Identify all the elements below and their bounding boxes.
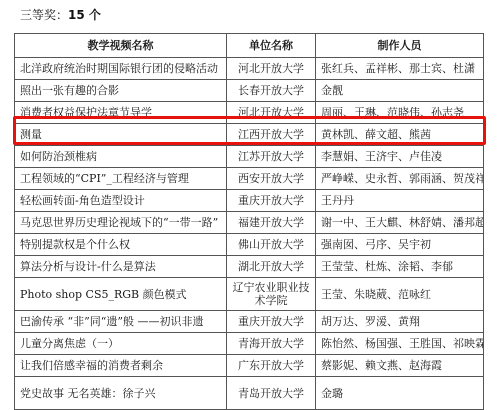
video-title: 测量 — [15, 124, 227, 146]
authors: 李慧娟、王济宇、卢佳凌 — [316, 146, 484, 168]
authors: 蔡影妮、赖文燕、赵海霞 — [316, 355, 484, 377]
unit-name: 重庆开放大学 — [227, 311, 316, 333]
table-header-row: 教学视频名称 单位名称 制作人员 — [15, 34, 484, 58]
unit-name: 福建开放大学 — [227, 212, 316, 234]
authors: 金靓 — [316, 80, 484, 102]
header-authors: 制作人员 — [316, 34, 484, 58]
table-row: 党史故事 无名英雄：徐子兴 青岛开放大学 金璐 — [15, 377, 484, 410]
video-title: 轻松画转面-角色造型设计 — [15, 190, 227, 212]
unit-name: 广东开放大学 — [227, 355, 316, 377]
video-title: 如何防治颈椎病 — [15, 146, 227, 168]
unit-name: 河北开放大学 — [227, 102, 316, 124]
video-title: Photo shop CS5_RGB 颜色模式 — [15, 278, 227, 311]
authors: 严峥嵘、史永哲、郭雨涵、贺茂祥 — [316, 168, 484, 190]
video-title: 让我们倍感幸福的消费者剩余 — [15, 355, 227, 377]
table-row-highlighted: 测量 江西开放大学 黄林凯、薛文超、熊茜 — [15, 124, 484, 146]
table-row: 算法分析与设计-什么是算法 湖北开放大学 王莹莹、杜炼、涂韬、李郁 — [15, 256, 484, 278]
video-title: 工程领域的“CPI”_工程经济与管理 — [15, 168, 227, 190]
award-count: 15 个 — [68, 8, 101, 22]
award-heading: 三等奖：15 个 — [20, 6, 101, 23]
unit-name: 辽宁农业职业技术学院 — [227, 278, 316, 311]
header-unit: 单位名称 — [227, 34, 316, 58]
authors: 陈怡然、杨国强、王胜国、祁映霖 — [316, 333, 484, 355]
unit-name: 重庆开放大学 — [227, 190, 316, 212]
authors: 胡万达、罗湲、黄翔 — [316, 311, 484, 333]
authors: 周丽、王琳、范晓伟、孙志尧 — [316, 102, 484, 124]
unit-name: 青岛开放大学 — [227, 377, 316, 410]
header-video-title: 教学视频名称 — [15, 34, 227, 58]
video-title: 算法分析与设计-什么是算法 — [15, 256, 227, 278]
unit-name: 青海开放大学 — [227, 333, 316, 355]
table-row: 马克思世界历史理论视域下的“一带一路” 福建开放大学 谢一中、王大麒、林舒婧、潘… — [15, 212, 484, 234]
unit-name: 江西开放大学 — [227, 124, 316, 146]
table-row: 特别提款权是个什么权 佛山开放大学 强南囡、弓序、吴宇初 — [15, 234, 484, 256]
authors: 金璐 — [316, 377, 484, 410]
video-title: 党史故事 无名英雄：徐子兴 — [15, 377, 227, 410]
video-title: 特别提款权是个什么权 — [15, 234, 227, 256]
authors: 王莹莹、杜炼、涂韬、李郁 — [316, 256, 484, 278]
authors: 谢一中、王大麒、林舒婧、潘邦超 — [316, 212, 484, 234]
table-row: 如何防治颈椎病 江苏开放大学 李慧娟、王济宇、卢佳凌 — [15, 146, 484, 168]
awards-table: 教学视频名称 单位名称 制作人员 北洋政府统治时期国际银行团的侵略活动 河北开放… — [14, 33, 484, 410]
video-title: 照出一张有趣的合影 — [15, 80, 227, 102]
authors: 张红兵、孟祥彬、那士宾、杜潇 — [316, 58, 484, 80]
video-title: 马克思世界历史理论视域下的“一带一路” — [15, 212, 227, 234]
unit-name: 佛山开放大学 — [227, 234, 316, 256]
video-title: 巴渝传承 “非”同“遗”般 ——初识非遗 — [15, 311, 227, 333]
table-row: Photo shop CS5_RGB 颜色模式 辽宁农业职业技术学院 王莹、朱晓… — [15, 278, 484, 311]
video-title: 儿童分离焦虑（一） — [15, 333, 227, 355]
table-row: 轻松画转面-角色造型设计 重庆开放大学 王丹丹 — [15, 190, 484, 212]
table-row: 照出一张有趣的合影 长春开放大学 金靓 — [15, 80, 484, 102]
authors: 王丹丹 — [316, 190, 484, 212]
award-level-label: 三等奖： — [20, 8, 68, 22]
table-row: 消费者权益保护法章节导学 河北开放大学 周丽、王琳、范晓伟、孙志尧 — [15, 102, 484, 124]
video-title: 北洋政府统治时期国际银行团的侵略活动 — [15, 58, 227, 80]
table-row: 儿童分离焦虑（一） 青海开放大学 陈怡然、杨国强、王胜国、祁映霖 — [15, 333, 484, 355]
unit-name: 长春开放大学 — [227, 80, 316, 102]
unit-name: 河北开放大学 — [227, 58, 316, 80]
table-row: 巴渝传承 “非”同“遗”般 ——初识非遗 重庆开放大学 胡万达、罗湲、黄翔 — [15, 311, 484, 333]
table-row: 让我们倍感幸福的消费者剩余 广东开放大学 蔡影妮、赖文燕、赵海霞 — [15, 355, 484, 377]
unit-name: 湖北开放大学 — [227, 256, 316, 278]
authors: 王莹、朱晓葳、范咏红 — [316, 278, 484, 311]
authors: 黄林凯、薛文超、熊茜 — [316, 124, 484, 146]
table-row: 工程领域的“CPI”_工程经济与管理 西安开放大学 严峥嵘、史永哲、郭雨涵、贺茂… — [15, 168, 484, 190]
video-title: 消费者权益保护法章节导学 — [15, 102, 227, 124]
unit-name: 江苏开放大学 — [227, 146, 316, 168]
unit-name: 西安开放大学 — [227, 168, 316, 190]
table-row: 北洋政府统治时期国际银行团的侵略活动 河北开放大学 张红兵、孟祥彬、那士宾、杜潇 — [15, 58, 484, 80]
authors: 强南囡、弓序、吴宇初 — [316, 234, 484, 256]
